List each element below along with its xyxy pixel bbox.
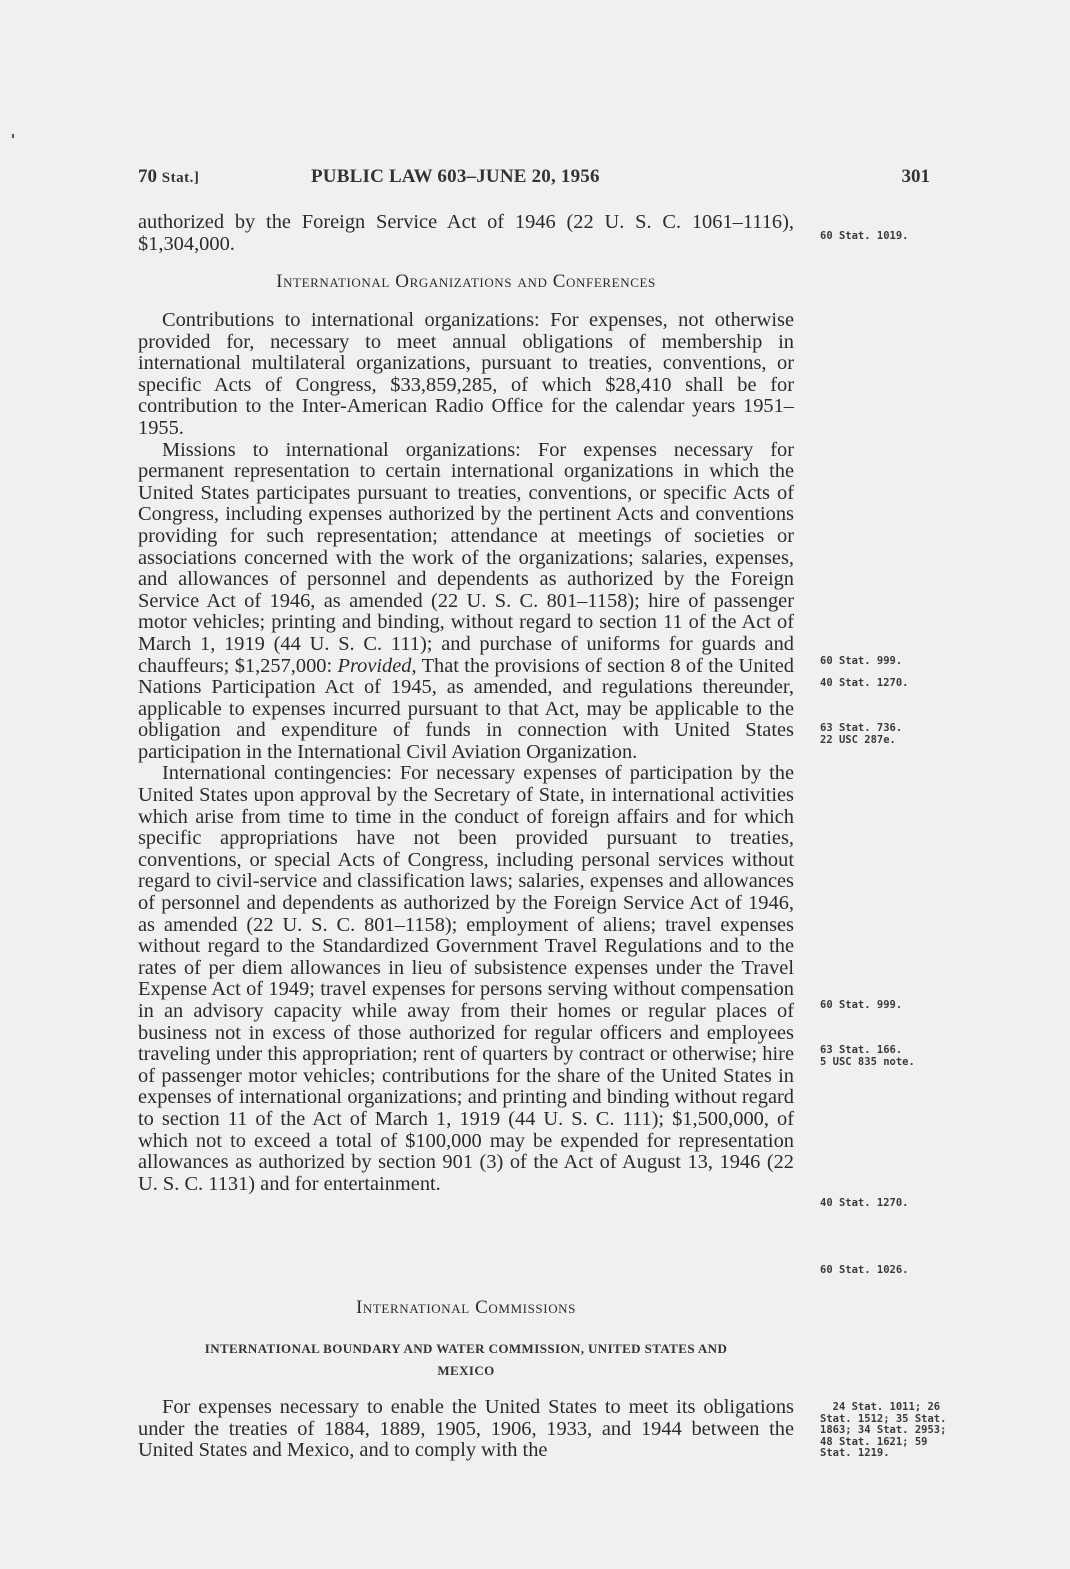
margin-citation: 60 Stat. 999. <box>820 656 902 668</box>
margin-citation: 60 Stat. 1019. <box>820 231 909 243</box>
running-header: 70 Stat.] PUBLIC LAW 603–JUNE 20, 1956 3… <box>138 166 930 196</box>
scan-speck <box>12 134 14 138</box>
heading-boundary-line1: INTERNATIONAL BOUNDARY AND WATER COMMISS… <box>126 1338 806 1360</box>
paragraph-boundary: For expenses necessary to enable the Uni… <box>138 1397 794 1462</box>
paragraph-contributions: Contributions to international organizat… <box>138 310 794 440</box>
margin-citation-treaties: 24 Stat. 1011; 26 Stat. 1512; 35 Stat. 1… <box>820 1402 946 1460</box>
header-title: PUBLIC LAW 603–JUNE 20, 1956 <box>311 166 600 188</box>
margin-citation: 63 Stat. 166. 5 USC 835 note. <box>820 1045 915 1068</box>
margin-citation: 40 Stat. 1270. <box>820 1198 909 1210</box>
missions-provided: Provided <box>337 655 411 677</box>
heading-international-organizations: International Organizations and Conferen… <box>138 271 794 293</box>
heading-boundary-commission: INTERNATIONAL BOUNDARY AND WATER COMMISS… <box>126 1338 806 1382</box>
main-body: Contributions to international organizat… <box>138 310 794 1195</box>
paragraph-missions: Missions to international organizations:… <box>138 440 794 764</box>
boundary-body: For expenses necessary to enable the Uni… <box>138 1397 794 1462</box>
margin-citation: 60 Stat. 999. <box>820 1000 902 1012</box>
paragraph-contingencies: International contingencies: For necessa… <box>138 763 794 1195</box>
margin-citation: 40 Stat. 1270. <box>820 678 909 690</box>
volume-label: Stat.] <box>162 170 200 186</box>
heading-international-commissions: International Commissions <box>138 1297 794 1319</box>
volume-number: 70 <box>138 166 157 187</box>
document-page: 70 Stat.] PUBLIC LAW 603–JUNE 20, 1956 3… <box>0 0 1070 1569</box>
margin-citation: 60 Stat. 1026. <box>820 1265 909 1277</box>
volume-reference: 70 Stat.] <box>138 166 199 188</box>
page-number: 301 <box>902 166 931 188</box>
heading-boundary-line2: MEXICO <box>126 1360 806 1382</box>
paragraph-continuation: authorized by the Foreign Service Act of… <box>138 212 794 255</box>
margin-citation: 63 Stat. 736. 22 USC 287e. <box>820 723 902 746</box>
continuation-paragraph: authorized by the Foreign Service Act of… <box>138 212 794 255</box>
missions-text-1: Missions to international organizations:… <box>138 439 794 677</box>
